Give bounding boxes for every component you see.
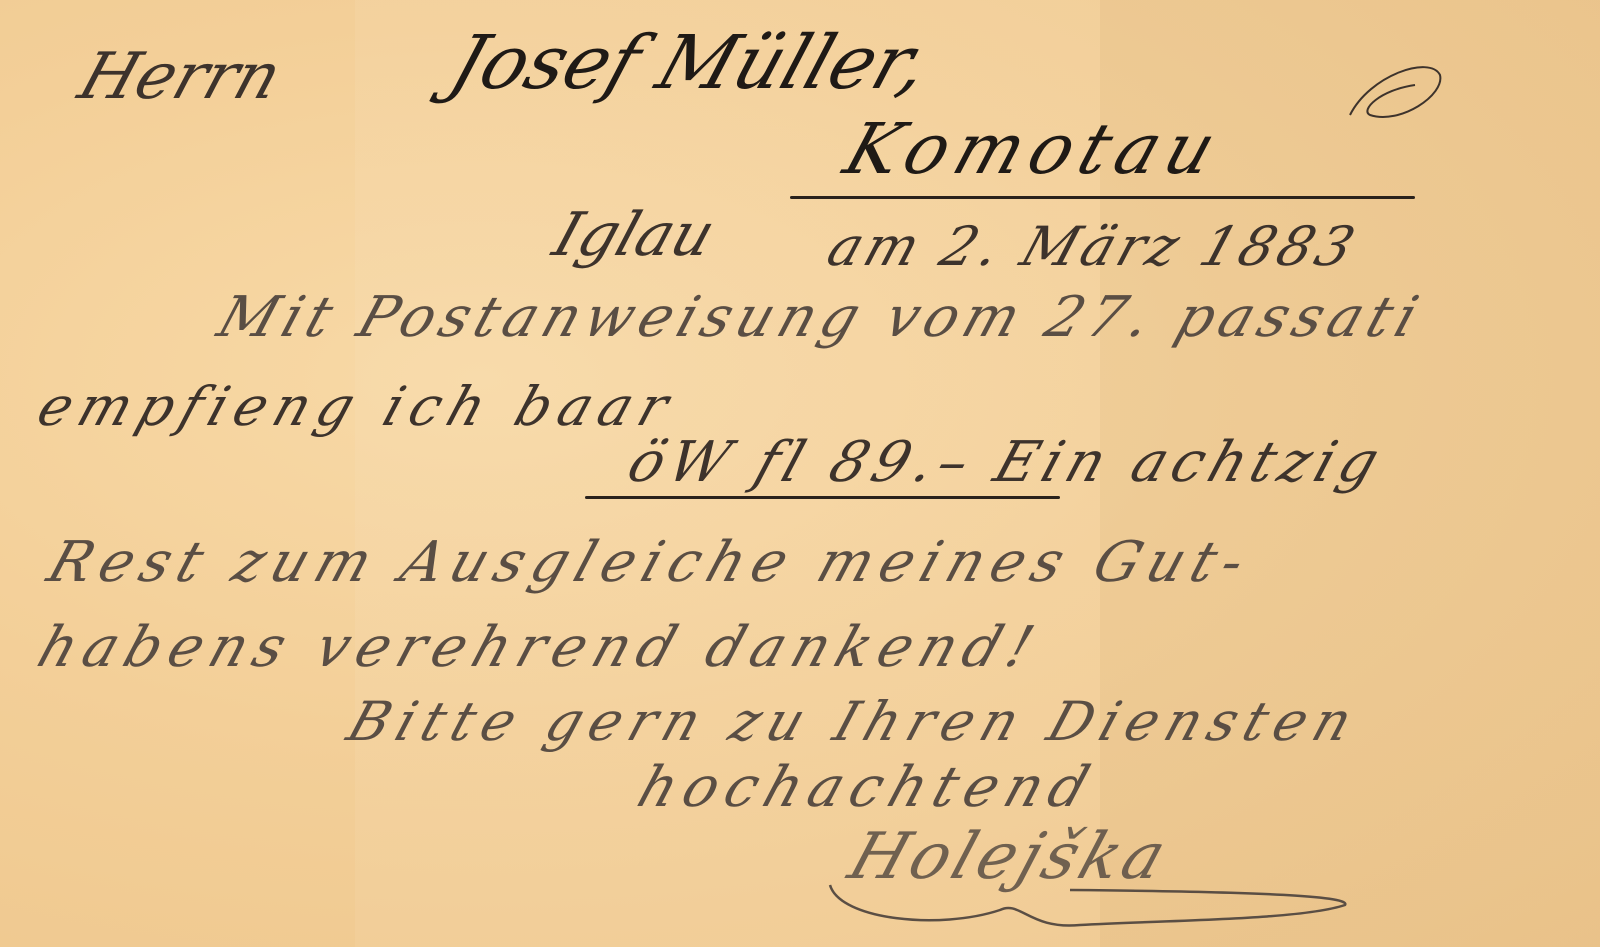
body-line-3-amount: öW fl 89.– Ein achtzig — [620, 430, 1393, 495]
flourish-ornament — [1340, 55, 1450, 130]
body-line-4: Rest zum Ausgleiche meines Gut- — [40, 530, 1260, 595]
signature-flourish — [820, 880, 1360, 940]
address-place: Komotau — [835, 108, 1234, 190]
address-name: Josef Müller, — [440, 20, 940, 106]
dateline-date: am 2. März 1883 — [820, 215, 1366, 278]
body-line-5: habens verehrend dankend! — [30, 615, 1049, 680]
dateline-place: Iglau — [545, 200, 723, 270]
amount-underline — [585, 496, 1060, 499]
address-underline — [790, 196, 1415, 199]
body-line-1: Mit Postanweisung vom 27. passati — [210, 285, 1432, 350]
body-line-6: Bitte gern zu Ihren Diensten — [340, 690, 1368, 753]
closing-text: hochachtend — [630, 755, 1105, 820]
address-salutation: Herrn — [70, 40, 290, 114]
body-line-2: empfieng ich baar — [30, 375, 684, 438]
